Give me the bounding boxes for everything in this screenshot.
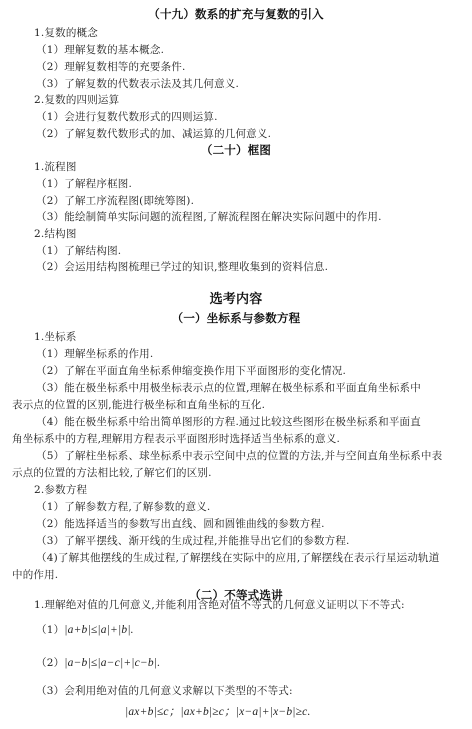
list-item: （3）了解平摆线、渐开线的生成过程,并能推导出它们的参数方程.: [36, 534, 350, 548]
list-item: 1.坐标系: [34, 330, 77, 344]
list-item: （2）了解在平面直角坐标系伸缩变换作用下平面图形的变化情况.: [36, 364, 346, 378]
list-item: （2）会运用结构图梳理已学过的知识,整理收集到的资料信息.: [36, 260, 328, 274]
list-item: 2.参数方程: [34, 483, 87, 497]
list-item: （4）能在极坐标系中给出简单图形的方程.通过比较这些图形在极坐标系和平面直: [36, 415, 421, 429]
list-item: （3）能在极坐标系中用极坐标表示点的位置,理解在极坐标系和平面直角坐标系中: [36, 381, 421, 395]
list-item: 1.复数的概念: [34, 26, 98, 40]
list-item: （2）能选择适当的参数写出直线、圆和圆锥曲线的参数方程.: [36, 517, 325, 531]
section-title: （二十）框图: [0, 143, 472, 157]
list-item: （2）理解复数相等的充要条件.: [36, 60, 186, 74]
section-title: （一）坐标系与参数方程: [0, 311, 472, 325]
list-item: 1.流程图: [34, 160, 77, 174]
list-item: （1）理解复数的基本概念.: [36, 43, 164, 57]
list-item: （5）了解柱坐标系、球坐标系中表示空间中点的位置的方法,并与空间直角坐标系中表: [36, 449, 442, 463]
list-item: （1）了解参数方程,了解参数的意义.: [36, 500, 210, 514]
list-item: 1.理解绝对值的几何意义,并能利用含绝对值不等式的几何意义证明以下不等式:: [34, 598, 405, 612]
list-item: （1）|a+b|≤|a|+|b|.: [36, 623, 134, 637]
list-item: 2.复数的四则运算: [34, 93, 119, 107]
list-item: （1）理解坐标系的作用.: [36, 347, 153, 361]
list-item: 中的作用.: [12, 568, 58, 582]
list-item: （1）了解程序框图.: [36, 177, 132, 191]
inequality-formula: |ax+b|≤c；|ax+b|≥c；|x−a|+|x−b|≥c.: [125, 705, 311, 719]
list-item: （4)了解其他摆线的生成过程,了解摆线在实际中的应用,了解摆线在表示行星运动轨道: [36, 551, 439, 565]
list-item: （2）了解工序流程图(即统筹图).: [36, 194, 194, 208]
list-item: （3）会利用绝对值的几何意义求解以下类型的不等式:: [36, 684, 293, 698]
elective-title: 选考内容: [0, 293, 472, 307]
list-item: 2.结构图: [34, 227, 77, 241]
list-item: 角坐标系中的方程,理解用方程表示平面图形时选择适当坐标系的意义.: [12, 432, 340, 446]
inequality-formula: |a−b|≤|a−c|+|c−b|.: [64, 657, 160, 669]
list-item: （2）了解复数代数形式的加、减运算的几何意义.: [36, 127, 271, 141]
list-item: 表示点的位置的区别,能进行极坐标和直角坐标的互化.: [12, 398, 265, 412]
list-item: （3）能绘制简单实际问题的流程图,了解流程图在解决实际问题中的作用.: [36, 210, 382, 224]
section-title: （十九）数系的扩充与复数的引入: [0, 7, 472, 21]
list-item: （1）会进行复数代数形式的四则运算.: [36, 110, 218, 124]
list-item: （3）了解复数的代数表示法及其几何意义.: [36, 77, 239, 91]
list-item: 示点的位置的方法相比较,了解它们的区别.: [12, 466, 212, 480]
list-item: （2）|a−b|≤|a−c|+|c−b|.: [36, 656, 160, 670]
item-number: （2）: [36, 657, 64, 669]
item-number: （1）: [36, 624, 64, 636]
inequality-formula: |a+b|≤|a|+|b|.: [64, 624, 133, 636]
list-item: （1）了解结构图.: [36, 244, 121, 258]
